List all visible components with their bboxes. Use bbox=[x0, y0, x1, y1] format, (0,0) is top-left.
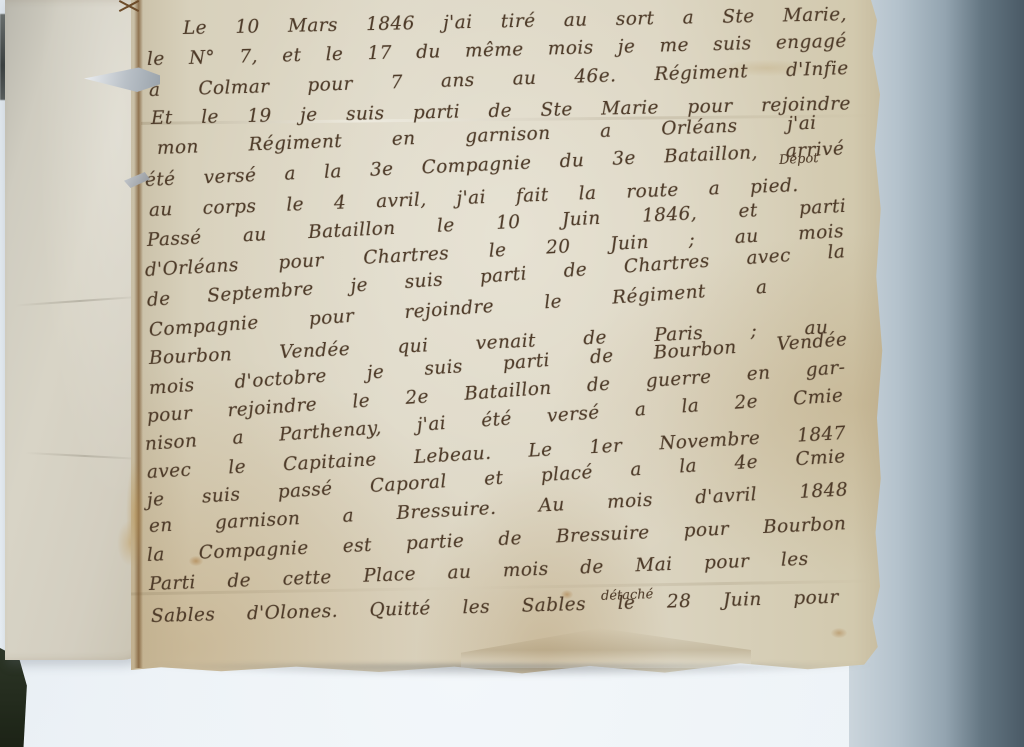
page-shadow bbox=[140, 664, 880, 678]
binding-stitch-icon bbox=[118, 0, 140, 12]
paper-crease bbox=[25, 452, 145, 460]
interline-insertion-detache: détaché bbox=[601, 587, 654, 604]
photo-of-manuscript: Le 10 Mars 1846 j'ai tiré au sort a Ste … bbox=[0, 0, 1024, 747]
manuscript-page: Le 10 Mars 1846 j'ai tiré au sort a Ste … bbox=[131, 0, 883, 674]
interline-insertion-depot: Dépot bbox=[779, 151, 819, 168]
seam-stain bbox=[126, 460, 144, 570]
handwriting-block: Le 10 Mars 1846 j'ai tiré au sort a Ste … bbox=[131, 0, 883, 674]
paper-crease bbox=[15, 295, 145, 306]
